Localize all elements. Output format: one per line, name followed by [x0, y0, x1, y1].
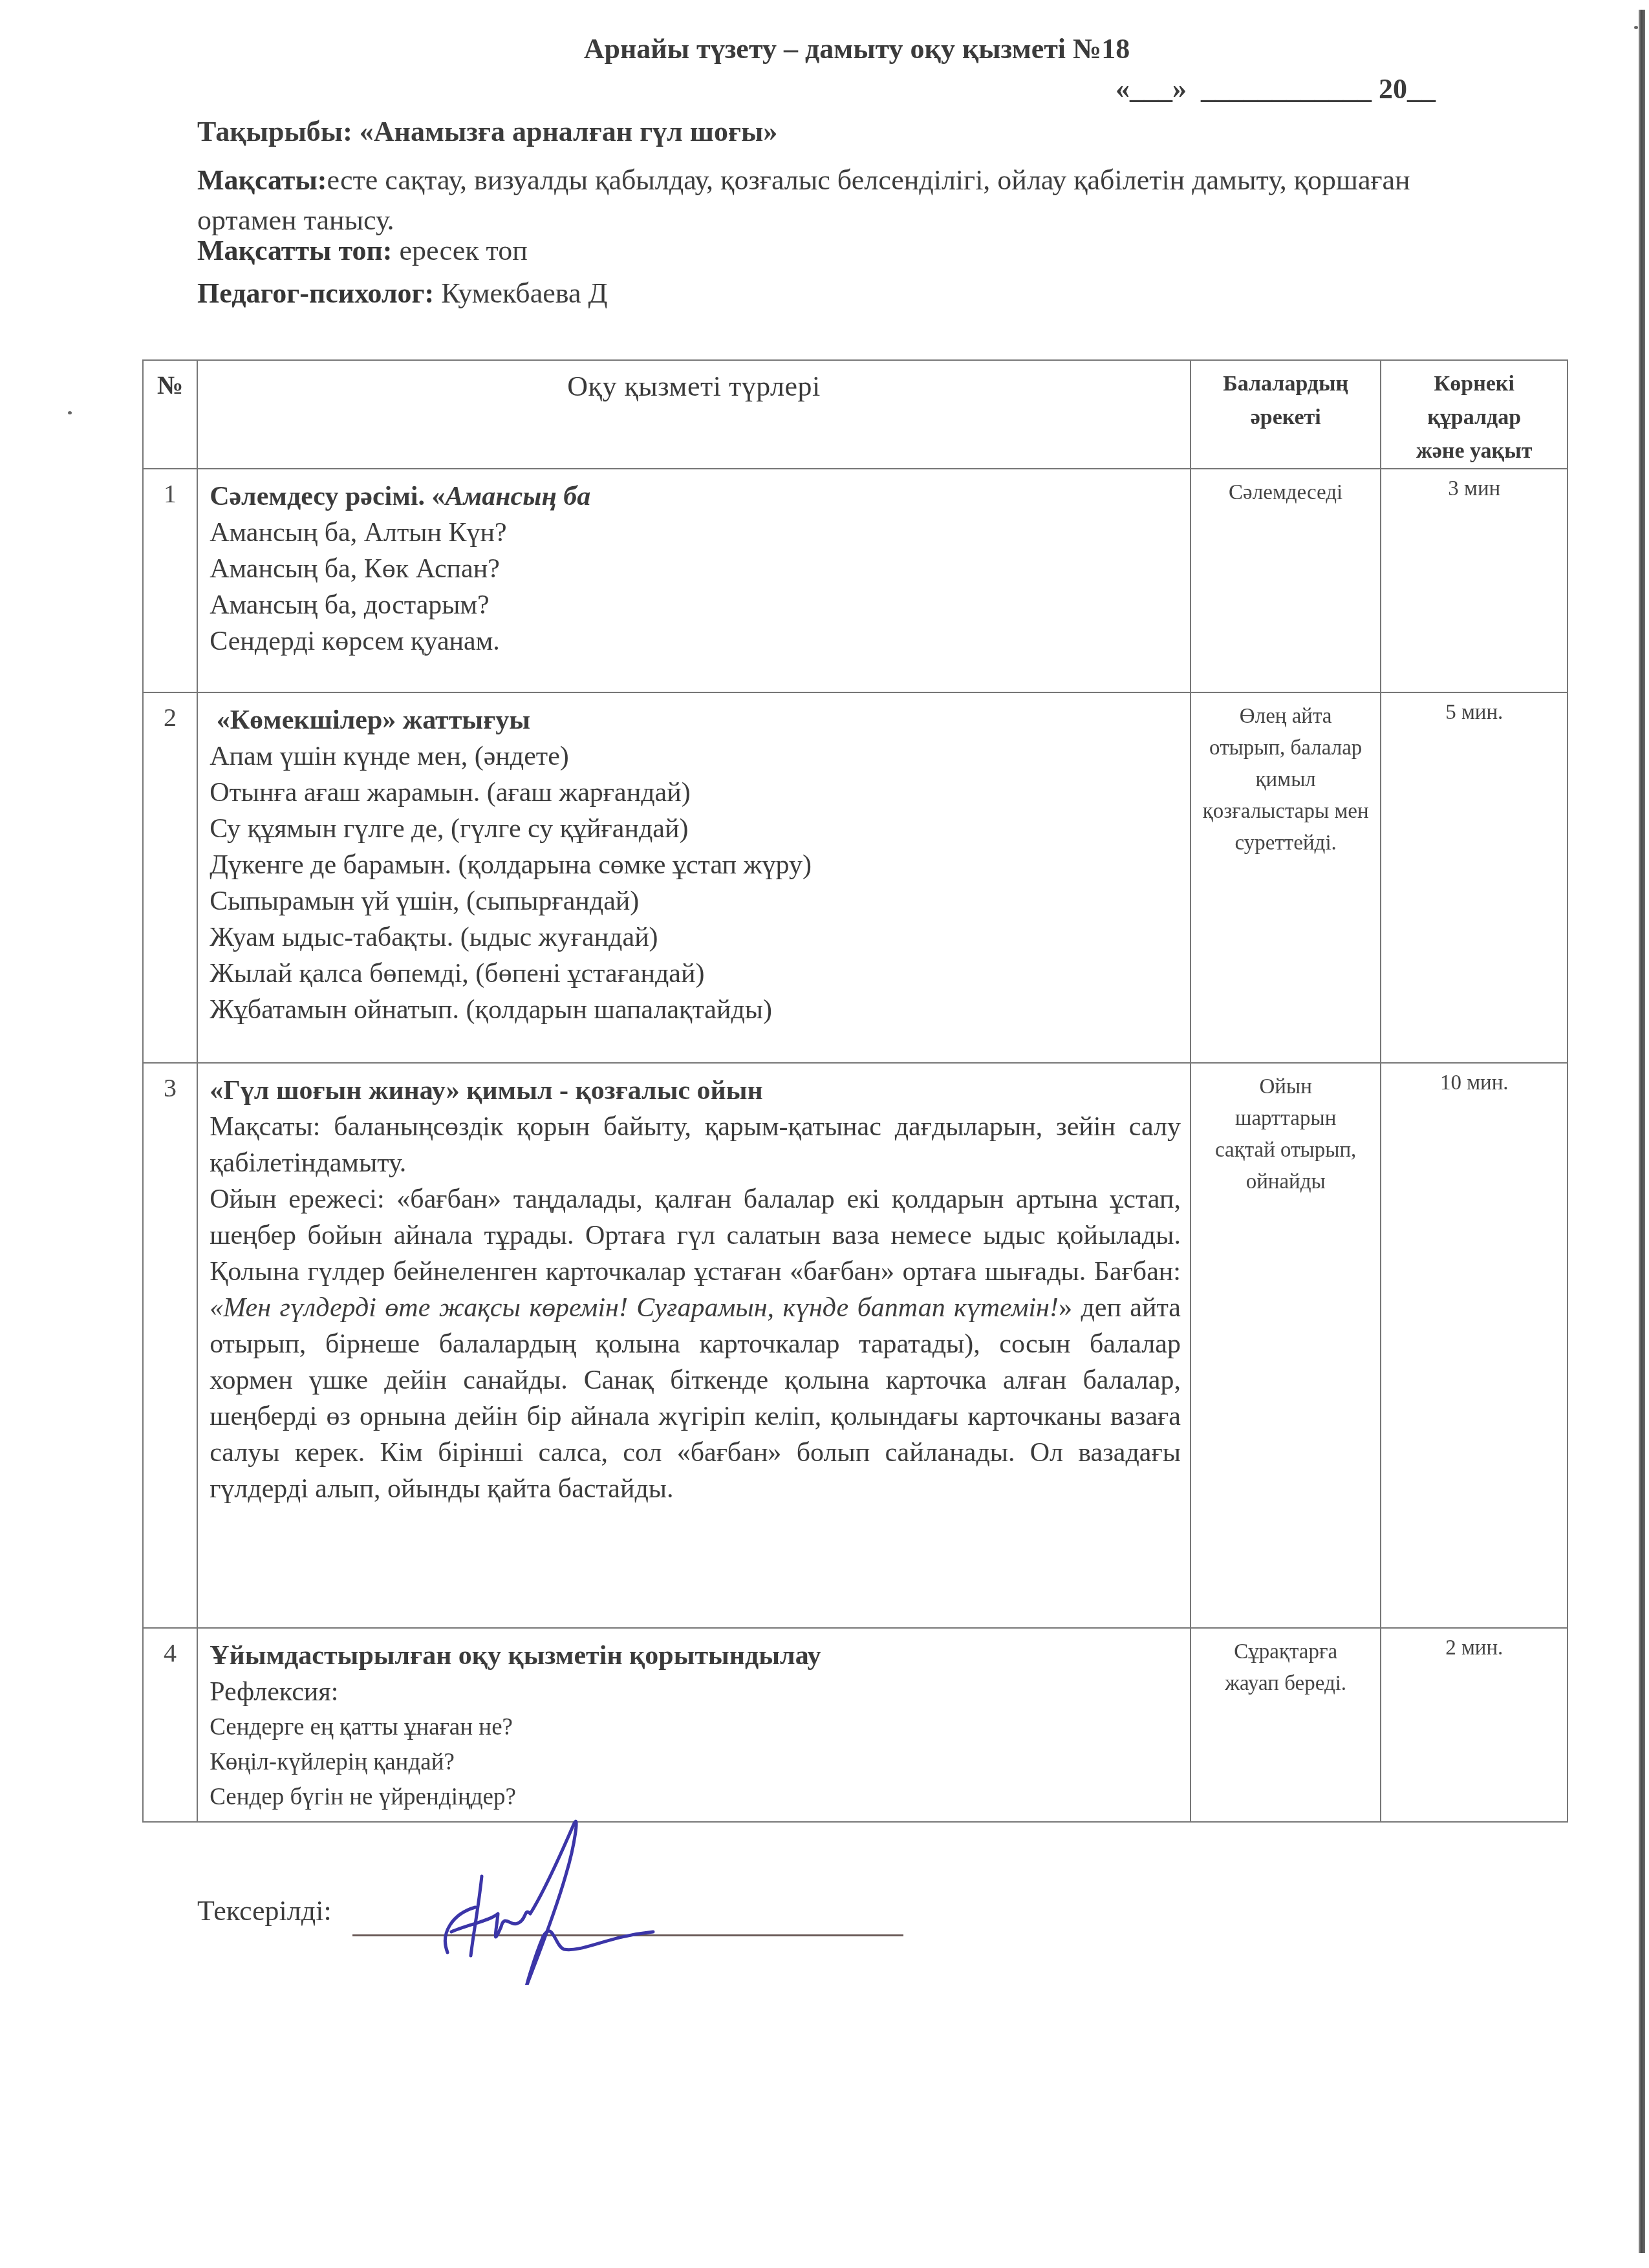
game-rules: Ойын ережесі: «бағбан» таңдалады, қалған…	[210, 1181, 1181, 1507]
verse-line: Жұбатамын ойнатып. (қолдарын шапалақтайд…	[210, 992, 1181, 1028]
column-header-number: №	[143, 360, 197, 469]
table-row: 2 «Көмекшілер» жаттығуы Апам үшін күнде …	[143, 692, 1568, 1063]
teacher-label: Педагог-психолог:	[197, 277, 434, 309]
header-line: және уақыт	[1381, 434, 1567, 468]
table-row: 4 Ұйымдастырылған оқу қызметін қорытынды…	[143, 1628, 1568, 1822]
activity-cell: «Көмекшілер» жаттығуы Апам үшін күнде ме…	[197, 692, 1191, 1063]
scan-speck	[68, 411, 72, 414]
verse-line: Амансың ба, Алтын Күн?	[210, 515, 1181, 551]
activity-cell: Сәлемдесу рәсімі. «Амансың ба Амансың ба…	[197, 469, 1191, 692]
date-placeholder: «___» ____________ 20__	[1115, 72, 1436, 105]
goal-label: Мақсаты:	[197, 164, 327, 196]
children-action-cell: Сұрақтарға жауап береді.	[1191, 1628, 1381, 1822]
row-number: 1	[143, 469, 197, 692]
topic-line: Тақырыбы: «Анамызға арналған гүл шоғы»	[197, 115, 777, 148]
duration-cell: 5 мин.	[1381, 692, 1568, 1063]
reflection-question: Сендер бүгін не үйрендіңдер?	[210, 1780, 1181, 1815]
children-action-cell: Өлең айта отырып, балалар қимыл қозғалыс…	[1191, 692, 1381, 1063]
lesson-plan-table: № Оқу қызметі түрлері Балалардың әрекеті…	[142, 359, 1568, 1823]
target-group-line: Мақсатты топ: ересек топ	[197, 234, 528, 267]
verse-line: Отынға ағаш жарамын. (ағаш жарғандай)	[210, 775, 1181, 811]
activity-title-italic: Амансың ба	[446, 482, 591, 511]
checked-by-label: Тексерілді:	[197, 1894, 332, 1927]
column-header-activity: Оқу қызметі түрлері	[197, 360, 1191, 469]
row-number: 2	[143, 692, 197, 1063]
table-row: 3 «Гүл шоғын жинау» қимыл - қозғалыс ойы…	[143, 1063, 1568, 1628]
header-line: құралдар	[1381, 401, 1567, 434]
activity-title: Ұйымдастырылған оқу қызметін қорытындыла…	[210, 1638, 1181, 1674]
verse-line: Су құямын гүлге де, (гүлге су құйғандай)	[210, 811, 1181, 847]
verse-line: Сыпырамын үй үшін, (сыпырғандай)	[210, 883, 1181, 919]
column-header-children-action: Балалардың әрекеті	[1191, 360, 1381, 469]
activity-cell: Ұйымдастырылған оқу қызметін қорытындыла…	[197, 1628, 1191, 1822]
handwritten-signature	[414, 1817, 673, 1985]
scan-edge-shadow	[1639, 10, 1645, 2253]
activity-title: «Гүл шоғын жинау» қимыл - қозғалыс ойын	[210, 1073, 1181, 1109]
duration-cell: 2 мин.	[1381, 1628, 1568, 1822]
header-line: Балалардың	[1191, 367, 1381, 401]
header-line: Көрнекі	[1381, 367, 1567, 401]
row-number: 3	[143, 1063, 197, 1628]
verse-line: Амансың ба, достарым?	[210, 587, 1181, 623]
goal-line: Мақсаты:есте сақтау, визуалды қабылдау, …	[197, 160, 1503, 241]
duration-cell: 10 мин.	[1381, 1063, 1568, 1628]
verse-line: Амансың ба, Көк Аспан?	[210, 551, 1181, 587]
duration-cell: 3 мин	[1381, 469, 1568, 692]
header-line: әрекеті	[1191, 401, 1381, 434]
reflection-question: Сендерге ең қатты ұнаған не?	[210, 1710, 1181, 1745]
activity-cell: «Гүл шоғын жинау» қимыл - қозғалыс ойын …	[197, 1063, 1191, 1628]
column-header-tools-time: Көрнекі құралдар және уақыт	[1381, 360, 1568, 469]
verse-line: Жылай қалса бөпемді, (бөпені ұстағандай)	[210, 956, 1181, 992]
game-rules-text: » деп айта отырып, бірнеше балалардың қо…	[210, 1293, 1181, 1504]
reflection-question: Көңіл-күйлерің қандай?	[210, 1745, 1181, 1780]
activity-title-bold: Сәлемдесу рәсімі. «	[210, 482, 445, 511]
row-number: 4	[143, 1628, 197, 1822]
scan-speck	[1634, 26, 1638, 29]
topic-value: «Анамызға арналған гүл шоғы»	[360, 116, 778, 147]
verse-line: Дүкенге де барамын. (қолдарына сөмке ұст…	[210, 847, 1181, 883]
verse-line: Апам үшін күнде мен, (әндете)	[210, 738, 1181, 775]
teacher-line: Педагог-психолог: Кумекбаева Д	[197, 277, 608, 310]
goal-value: есте сақтау, визуалды қабылдау, қозғалыс…	[197, 164, 1410, 236]
activity-goal: Мақсаты: баланыңсөздік қорын байыту, қар…	[210, 1109, 1181, 1181]
table-header-row: № Оқу қызметі түрлері Балалардың әрекеті…	[143, 360, 1568, 469]
teacher-value: Кумекбаева Д	[434, 277, 607, 309]
children-action-cell: Ойын шарттарын сақтай отырып, ойнайды	[1191, 1063, 1381, 1628]
target-group-value: ересек топ	[392, 235, 527, 266]
children-action-cell: Сәлемдеседі	[1191, 469, 1381, 692]
table-row: 1 Сәлемдесу рәсімі. «Амансың ба Амансың …	[143, 469, 1568, 692]
gardener-quote: «Мен гүлдерді өте жақсы көремін! Суғарам…	[210, 1293, 1059, 1323]
activity-title: Сәлемдесу рәсімі. «Амансың ба	[210, 478, 1181, 515]
document-title: Арнайы түзету – дамыту оқу қызметі №18	[0, 32, 1649, 65]
topic-label: Тақырыбы:	[197, 116, 352, 147]
reflection-label: Рефлексия:	[210, 1674, 1181, 1710]
verse-line: Жуам ыдыс-табақты. (ыдыс жуғандай)	[210, 919, 1181, 956]
activity-title: «Көмекшілер» жаттығуы	[210, 702, 1181, 738]
game-rules-text: Ойын ережесі: «бағбан» таңдалады, қалған…	[210, 1184, 1181, 1287]
target-group-label: Мақсатты топ:	[197, 235, 392, 266]
verse-line: Сендерді көрсем қуанам.	[210, 623, 1181, 659]
